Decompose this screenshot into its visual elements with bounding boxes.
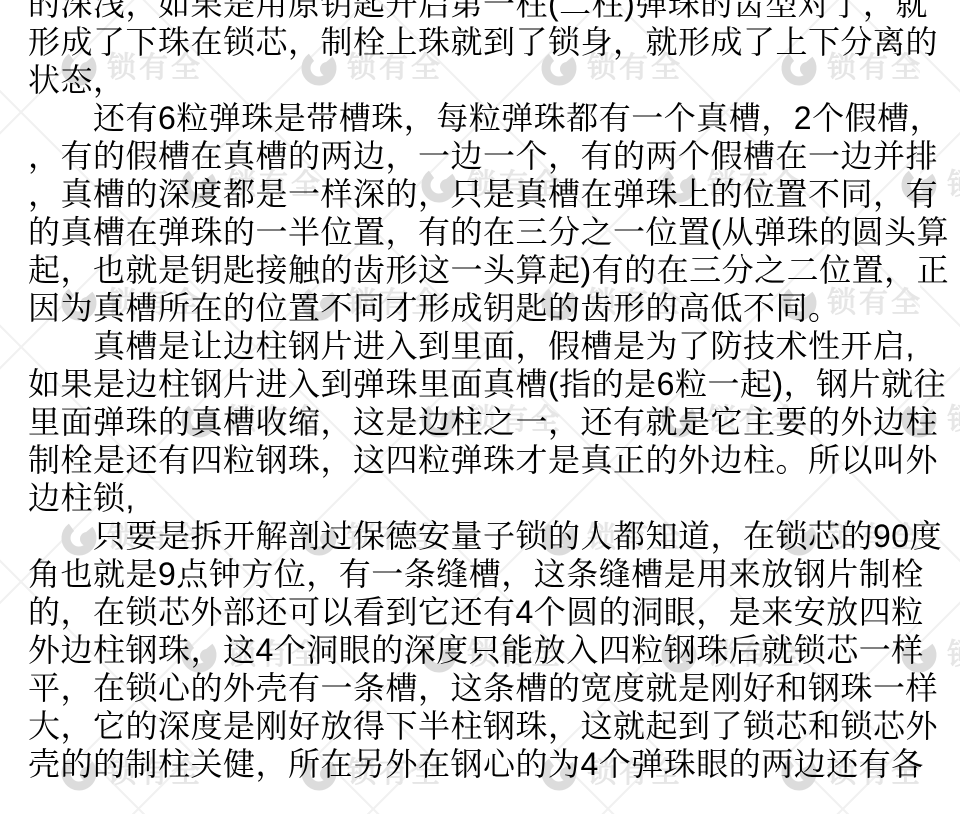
- text-line: 还有6粒弹珠是带槽珠，每粒弹珠都有一个真槽，2个假槽，: [28, 99, 956, 137]
- text-line: 因为真槽所在的位置不同才形成钥匙的齿形的高低不同。: [28, 289, 956, 327]
- text-line: 边柱锁,: [28, 479, 956, 517]
- text-line: 真槽是让边柱钢片进入到里面，假槽是为了防技术性开启,: [28, 327, 956, 365]
- text-line: 的深浅，如果是用原钥匙开启第一柱(二柱)弹珠的齿型对了，就: [28, 0, 956, 23]
- text-line: ，真槽的深度都是一样深的，只是真槽在弹珠上的位置不同，有: [28, 175, 956, 213]
- text-line: ，有的假槽在真槽的两边，一边一个，有的两个假槽在一边并排: [28, 137, 956, 175]
- text-line: 的真槽在弹珠的一半位置，有的在三分之一位置(从弹珠的圆头算: [28, 213, 956, 251]
- text-line: 里面弹珠的真槽收缩，这是边柱之一，还有就是它主要的外边柱: [28, 403, 956, 441]
- text-line: 外边柱钢珠，这4个洞眼的深度只能放入四粒钢珠后就锁芯一样: [28, 631, 956, 669]
- text-line: 形成了下珠在锁芯，制栓上珠就到了锁身，就形成了上下分离的: [28, 23, 956, 61]
- text-line: 壳的的制柱关健，所在另外在钢心的为4个弹珠眼的两边还有各: [28, 745, 956, 783]
- text-line: 制栓是还有四粒钢珠，这四粒弹珠才是真正的外边柱。所以叫外: [28, 441, 956, 479]
- text-line: 的，在锁芯外部还可以看到它还有4个圆的洞眼，是来安放四粒: [28, 593, 956, 631]
- text-line: 大，它的深度是刚好放得下半柱钢珠，这就起到了锁芯和锁芯外: [28, 707, 956, 745]
- document-text: 的深浅，如果是用原钥匙开启第一柱(二柱)弹珠的齿型对了，就形成了下珠在锁芯，制栓…: [28, 0, 956, 783]
- text-line: 平，在锁心的外壳有一条槽，这条槽的宽度就是刚好和钢珠一样: [28, 669, 956, 707]
- text-line: 起，也就是钥匙接触的齿形这一头算起)有的在三分之二位置，正: [28, 251, 956, 289]
- document-page: 锁有全锁有全锁有全锁有全锁有全锁有全锁有全锁有全锁有全锁有全锁有全锁有全锁有全锁…: [0, 0, 960, 814]
- text-line: 如果是边柱钢片进入到弹珠里面真槽(指的是6粒一起)，钢片就往: [28, 365, 956, 403]
- text-line: 角也就是9点钟方位，有一条缝槽，这条缝槽是用来放钢片制栓: [28, 555, 956, 593]
- text-line: 只要是拆开解剖过保德安量子锁的人都知道，在锁芯的90度: [28, 517, 956, 555]
- text-line: 状态，: [28, 61, 956, 99]
